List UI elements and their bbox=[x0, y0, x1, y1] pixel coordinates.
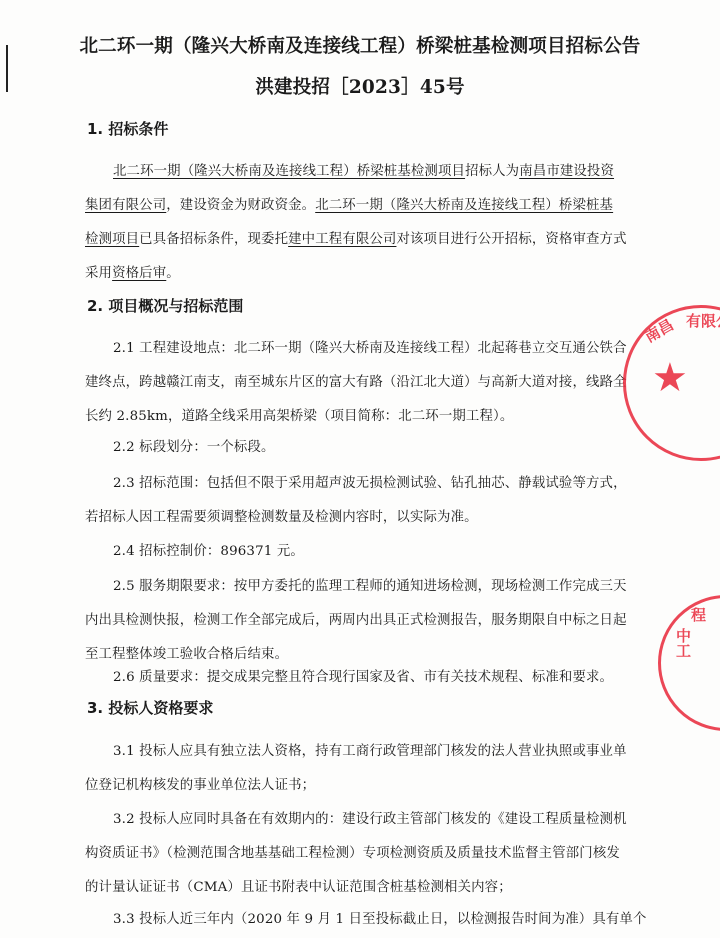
section-1-line: 集团有限公司，建设资金为财政资金。北二环一期（隆兴大桥南及连接线工程）桥梁桩基 bbox=[85, 194, 640, 213]
seal-text: 有限公 bbox=[686, 310, 720, 331]
section-2-line: 2.2 标段划分：一个标段。 bbox=[113, 436, 668, 455]
section-2-line: 2.1 工程建设地点：北二环一期（隆兴大桥南及连接线工程）北起蒋巷立交互通公铁合 bbox=[113, 337, 668, 356]
project-name: 北二环一期（隆兴大桥南及连接线工程）桥梁桩基检测项目 bbox=[113, 164, 465, 179]
document-title: 北二环一期（隆兴大桥南及连接线工程）桥梁桩基检测项目招标公告 bbox=[0, 32, 720, 58]
text: ，建设资金为财政资金。 bbox=[166, 198, 315, 213]
review-method: 资格后审 bbox=[112, 266, 166, 281]
text: 。 bbox=[166, 266, 180, 281]
section-3-line: 3.2 投标人应同时具备在有效期内的：建设行政主管部门核发的《建设工程质量检测机 bbox=[113, 808, 668, 827]
section-3-line: 构资质证书》（检测范围含地基基础工程检测）专项检测资质及质量技术监督主管部门核发 bbox=[85, 842, 640, 861]
section-3-line: 3.3 投标人近三年内（2020 年 9 月 1 日至投标截止日，以检测报告时间… bbox=[113, 908, 668, 927]
section-heading-3: 3. 投标人资格要求 bbox=[87, 697, 213, 718]
document-number: 洪建投招［2023］45号 bbox=[0, 73, 720, 99]
jianzhong-engineering-seal: 中工 程 bbox=[658, 595, 720, 731]
section-3-line: 位登记机构核发的事业单位法人证书； bbox=[85, 774, 640, 793]
control-price-line: 2.4 招标控制价：896371 元。 bbox=[113, 540, 668, 559]
section-1-line: 检测项目已具备招标条件，现委托建中工程有限公司对该项目进行公开招标，资格审查方式 bbox=[85, 228, 640, 247]
project-name: 北二环一期（隆兴大桥南及连接线工程）桥梁桩基 bbox=[315, 198, 613, 213]
text: 对该项目进行公开招标，资格审查方式 bbox=[396, 232, 626, 247]
seal-text: 程 bbox=[691, 604, 706, 625]
text: 已具备招标条件，现委托 bbox=[139, 232, 288, 247]
section-1-line: 采用资格后审。 bbox=[85, 262, 640, 281]
agency-name: 建中工程有限公司 bbox=[288, 232, 396, 247]
section-2-line: 2.3 招标范围：包括但不限于采用超声波无损检测试验、钻孔抽芯、静载试验等方式， bbox=[113, 472, 668, 491]
section-3-line: 的计量认证证书（CMA）且证书附表中认证范围含桩基检测相关内容； bbox=[85, 876, 640, 895]
text: 采用 bbox=[85, 266, 112, 281]
section-2-line: 建终点，跨越赣江南支，南至城东片区的富大有路（沿江北大道）与高新大道对接，线路全 bbox=[85, 371, 640, 390]
section-2-line: 2.6 质量要求：提交成果完整且符合现行国家及省、市有关技术规程、标准和要求。 bbox=[113, 666, 668, 685]
seal-text: 中工 bbox=[673, 628, 694, 658]
project-name: 检测项目 bbox=[85, 232, 139, 247]
section-2-line: 至工程整体竣工验收合格后结束。 bbox=[85, 643, 640, 662]
section-heading-2: 2. 项目概况与招标范围 bbox=[87, 295, 243, 316]
seal-text: 南昌 bbox=[641, 314, 677, 347]
section-1-line: 北二环一期（隆兴大桥南及连接线工程）桥梁桩基检测项目招标人为南昌市建设投资 bbox=[113, 160, 668, 179]
text: 招标人为 bbox=[465, 164, 519, 179]
section-2-line: 内出具检测快报，检测工作全部完成后，两周内出具正式检测报告，服务期限自中标之日起 bbox=[85, 609, 640, 628]
star-icon: ★ bbox=[652, 358, 688, 398]
tenderer-name: 集团有限公司 bbox=[85, 198, 166, 213]
tenderer-name: 南昌市建设投资 bbox=[519, 164, 614, 179]
section-2-line: 若招标人因工程需要须调整检测数量及检测内容时，以实际为准。 bbox=[85, 506, 640, 525]
section-3-line: 3.1 投标人应具有独立法人资格，持有工商行政管理部门核发的法人营业执照或事业单 bbox=[113, 740, 668, 759]
section-2-line: 长约 2.85km，道路全线采用高架桥梁（项目简称：北二环一期工程）。 bbox=[85, 405, 640, 424]
section-heading-1: 1. 招标条件 bbox=[87, 118, 168, 139]
section-2-line: 2.5 服务期限要求：按甲方委托的监理工程师的通知进场检测，现场检测工作完成三天 bbox=[113, 575, 668, 594]
